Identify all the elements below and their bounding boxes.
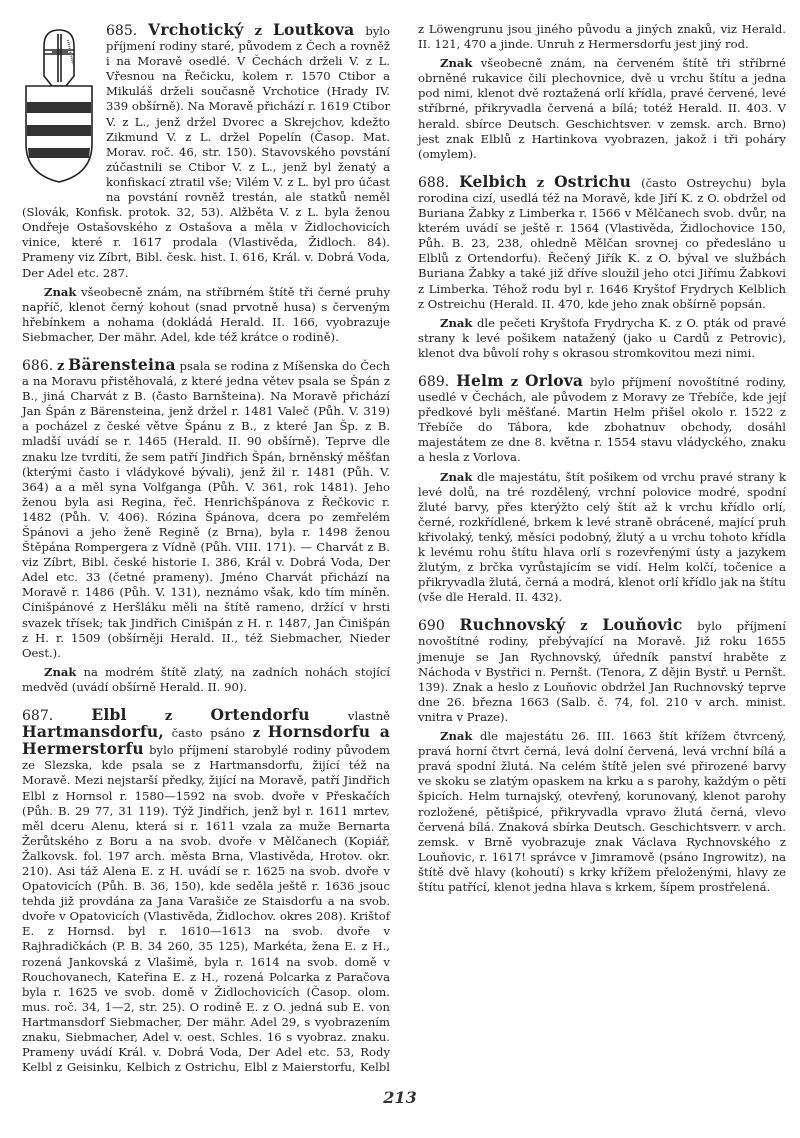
entry-686: 686. z Bärensteina psala se rodina z Míš…	[22, 357, 390, 695]
entry-name-place: Loutkova	[273, 20, 354, 39]
entry-z: z	[255, 24, 262, 39]
znak-paragraph: Znak dle pečeti Kryštofa Frydrycha K. z …	[418, 316, 786, 361]
entry-number: 689.	[418, 374, 449, 390]
entry-689: 689. Helm z Orlova bylo příjmení novoští…	[418, 373, 786, 605]
entry-name-place: Bärensteina	[68, 355, 176, 374]
znak-text: všeobecně znám, na stříbrném štítě tři č…	[22, 285, 390, 344]
entry-number: 686.	[22, 358, 53, 374]
znak-text: dle majestátu 26. III. 1663 štít křížem …	[418, 729, 786, 894]
znak-paragraph: Znak dle majestátu, štít pošikem od vrch…	[418, 470, 786, 606]
entry-z: z	[580, 619, 587, 634]
znak-label: Znak	[440, 729, 472, 743]
entry-688: 688. Kelbich z Ostrichu (často Ostreychu…	[418, 174, 786, 361]
entry-name: Ruchnovský	[460, 615, 566, 634]
coat-of-arms-icon	[22, 24, 96, 189]
entry-690: 690 Ruchnovský z Louňovic bylo příjmení …	[418, 617, 786, 895]
znak-label: Znak	[440, 470, 472, 484]
entry-body: 688. Kelbich z Ostrichu (často Ostreychu…	[418, 174, 786, 312]
entry-name: Helm	[456, 371, 504, 390]
znak-paragraph: Znak všeobecně znám, na stříbrném štítě …	[22, 285, 390, 345]
book-page: 685. Vrchotický z Loutkova bylo příjmení	[0, 0, 800, 1138]
znak-text: dle majestátu, štít pošikem od vrchu pra…	[418, 470, 786, 605]
znak-paragraph: Znak všeobecně znám, na červeném štítě t…	[418, 56, 786, 162]
entry-name-place: Ostrichu	[554, 172, 631, 191]
entry-number: 688.	[418, 175, 449, 191]
entry-z: z	[165, 709, 172, 724]
entry-z: z	[537, 176, 544, 191]
znak-text: dle pečeti Kryštofa Frydrycha K. z O. pt…	[418, 316, 786, 360]
entry-name: Kelbich	[459, 172, 527, 191]
entry-body: 686. z Bärensteina psala se rodina z Míš…	[22, 357, 390, 661]
entry-body: 690 Ruchnovský z Louňovic bylo příjmení …	[418, 617, 786, 725]
entry-body: 685. Vrchotický z Loutkova bylo příjmení	[22, 22, 390, 281]
znak-text: na modrém štítě zlatý, na zadních nohách…	[22, 665, 390, 694]
page-number: 213	[370, 1088, 430, 1107]
entry-body: 689. Helm z Orlova bylo příjmení novoští…	[418, 373, 786, 466]
znak-label: Znak	[44, 285, 76, 299]
entry-685: 685. Vrchotický z Loutkova bylo příjmení	[22, 22, 390, 345]
znak-paragraph: Znak na modrém štítě zlatý, na zadních n…	[22, 665, 390, 695]
entry-z: z	[57, 359, 64, 374]
left-column: 685. Vrchotický z Loutkova bylo příjmení	[22, 22, 786, 1082]
alt-connector: často psáno	[172, 726, 245, 740]
entry-name-place: Louňovic	[602, 615, 682, 634]
entry-text: (často Ostreychu) byla rorodina cizí, us…	[418, 176, 786, 311]
alt-connector: vlastně	[348, 709, 390, 723]
znak-text: všeobecně znám, na červeném štítě tři st…	[418, 56, 786, 161]
entry-name: Vrchotický	[148, 20, 243, 39]
znak-paragraph: Znak dle majestátu 26. III. 1663 štít kř…	[418, 729, 786, 895]
entry-number: 690	[418, 618, 445, 634]
entry-text: psala se rodina z Míšenska do Čech a na …	[22, 359, 390, 660]
entry-text: bylo příjmení novoštítné rodiny, přebýva…	[418, 619, 786, 724]
znak-label: Znak	[440, 316, 472, 330]
entry-z: z	[253, 726, 260, 741]
entry-number: 685.	[106, 23, 137, 39]
entry-name-place: Orlova	[525, 371, 583, 390]
znak-label: Znak	[44, 665, 76, 679]
znak-label: Znak	[440, 56, 472, 70]
entry-z: z	[511, 375, 518, 390]
